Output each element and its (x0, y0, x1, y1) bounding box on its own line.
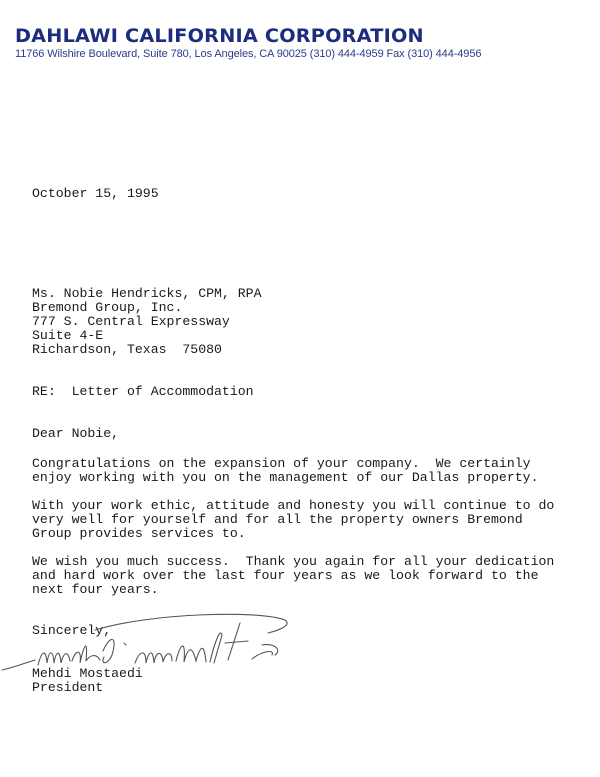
company-address: 11766 Wilshire Boulevard, Suite 780, Los… (15, 48, 481, 60)
company-name: DAHLAWI CALIFORNIA CORPORATION (15, 26, 424, 47)
letter-date: October 15, 1995 (32, 187, 159, 202)
handwritten-signature-icon (0, 605, 300, 675)
signer-title: President (32, 681, 103, 696)
salutation: Dear Nobie, (32, 427, 119, 442)
body-line: enjoy working with you on the management… (32, 471, 538, 486)
body-line: Group provides services to. (32, 527, 246, 542)
subject-line: RE: Letter of Accommodation (32, 385, 254, 400)
recipient-line: Richardson, Texas 75080 (32, 343, 222, 358)
body-line: next four years. (32, 583, 159, 598)
